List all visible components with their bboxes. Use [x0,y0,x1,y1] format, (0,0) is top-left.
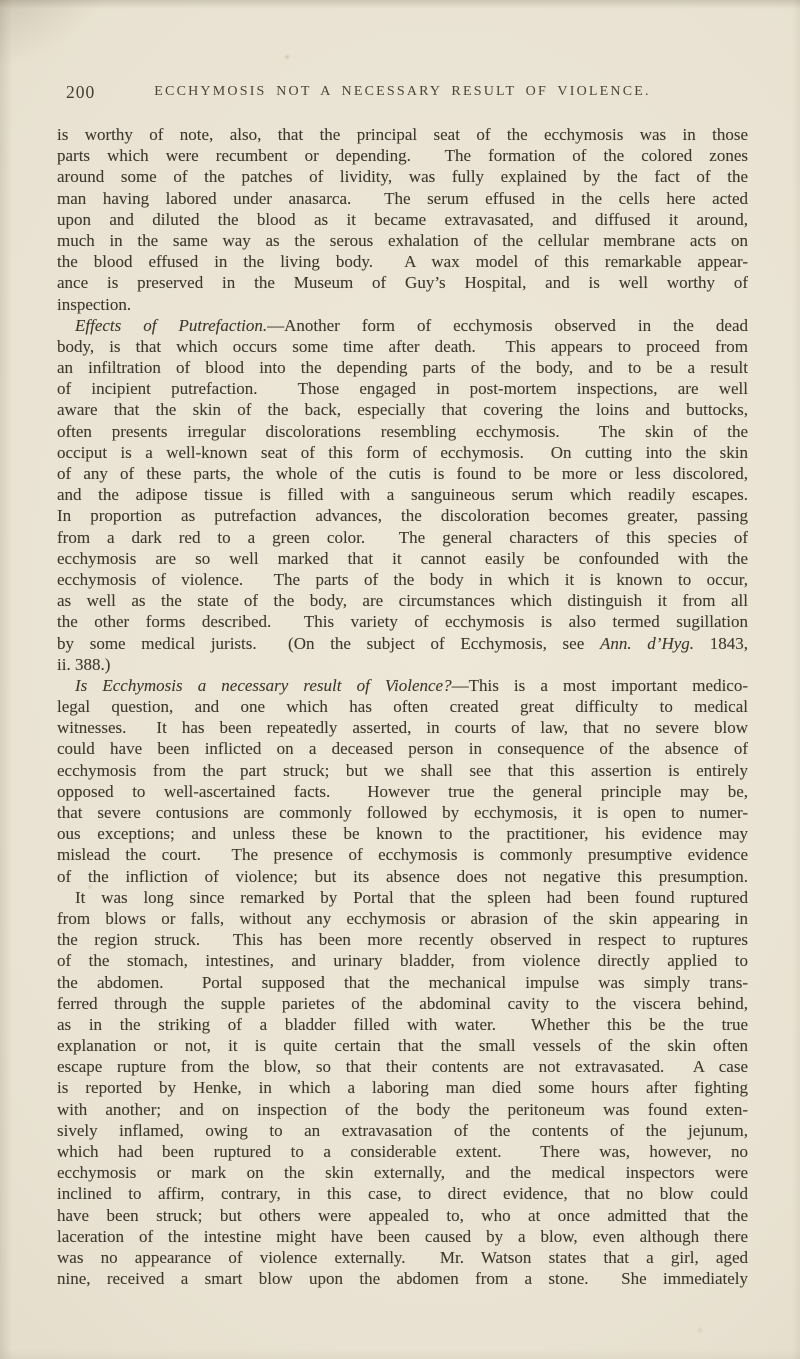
text-line: It was long since remarked by Portal tha… [57,887,748,908]
paragraph: It was long since remarked by Portal tha… [57,887,748,1290]
text-line: ferred through the supple parietes of th… [57,993,748,1014]
text-line: the abdomen. Portal supposed that the me… [57,972,748,993]
text-line: ecchymosis are so well marked that it ca… [57,548,748,569]
text-line: Is Ecchymosis a necessary result of Viol… [57,675,748,696]
text-line: is worthy of note, also, that the princi… [57,124,748,145]
text-line: of the infliction of violence; but its a… [57,866,748,887]
text-line: much in the same way as the serous exhal… [57,230,748,251]
text-line: as well as the state of the body, are ci… [57,590,748,611]
text-line: aware that the skin of the back, especia… [57,399,748,420]
text-block: is worthy of note, also, that the princi… [57,124,748,1289]
text-line: around some of the patches of lividity, … [57,166,748,187]
text-line: nine, received a smart blow upon the abd… [57,1268,748,1289]
text-line: In proportion as putrefaction advances, … [57,505,748,526]
text-line: Effects of Putrefaction.—Another form of… [57,315,748,336]
page-number: 200 [66,82,95,103]
text-line: the blood effused in the living body. A … [57,251,748,272]
italic-text: Is Ecchymosis a necessary result of Viol… [75,676,452,695]
paragraph: Effects of Putrefaction.—Another form of… [57,315,748,675]
text-line: could have been inflicted on a deceased … [57,738,748,759]
paragraph: is worthy of note, also, that the princi… [57,124,748,315]
text-line: upon and diluted the blood as it became … [57,209,748,230]
text-line: witnesses. It has been repeatedly assert… [57,717,748,738]
text-line: ecchymosis or mark on the skin externall… [57,1162,748,1183]
text-line: by some medical jurists. (On the subject… [57,633,748,654]
text-line: inspection. [57,294,748,315]
text-line: ance is preserved in the Museum of Guy’s… [57,272,748,293]
running-head: ECCHYMOSIS NOT A NECESSARY RESULT OF VIO… [57,82,748,100]
text-line: with another; and on inspection of the b… [57,1099,748,1120]
text-line: of the stomach, intestines, and urinary … [57,950,748,971]
text-line: is reported by Henke, in which a laborin… [57,1077,748,1098]
italic-text: Effects of Putrefaction. [75,316,267,335]
text-line: body, is that which occurs some time aft… [57,336,748,357]
text-line: ecchymosis from the part struck; but we … [57,760,748,781]
text-line: occiput is a well-known seat of this for… [57,442,748,463]
text-line: an infiltration of blood into the depend… [57,357,748,378]
text-line: of any of these parts, the whole of the … [57,463,748,484]
paragraph: Is Ecchymosis a necessary result of Viol… [57,675,748,887]
text-line: laceration of the intestine might have b… [57,1226,748,1247]
text-line: legal question, and one which has often … [57,696,748,717]
text-line: often presents irregular discolorations … [57,421,748,442]
text-line: explanation or not, it is quite certain … [57,1035,748,1056]
text-line: have been struck; but others were appeal… [57,1205,748,1226]
italic-text: Ann. d’Hyg. [600,634,694,653]
text-line: from blows or falls, without any ecchymo… [57,908,748,929]
book-page: 200 ECCHYMOSIS NOT A NECESSARY RESULT OF… [0,0,800,1359]
text-line: which had been ruptured to a considerabl… [57,1141,748,1162]
text-line: ii. 388.) [57,654,748,675]
text-line: mislead the court. The presence of ecchy… [57,844,748,865]
text-line: and the adipose tissue is filled with a … [57,484,748,505]
text-line: of incipient putrefaction. Those engaged… [57,378,748,399]
text-line: man having labored under anasarca. The s… [57,188,748,209]
text-line: opposed to well-ascertained facts. Howev… [57,781,748,802]
text-line: the region struck. This has been more re… [57,929,748,950]
text-line: as in the striking of a bladder filled w… [57,1014,748,1035]
text-line: parts which were recumbent or depending.… [57,145,748,166]
text-line: sively inflamed, owing to an extravasati… [57,1120,748,1141]
text-line: ecchymosis of violence. The parts of the… [57,569,748,590]
text-line: ous exceptions; and unless these be know… [57,823,748,844]
text-line: the other forms described. This variety … [57,611,748,632]
text-line: escape rupture from the blow, so that th… [57,1056,748,1077]
text-line: was no appearance of violence externally… [57,1247,748,1268]
text-line: inclined to affirm, contrary, in this ca… [57,1183,748,1204]
text-line: that severe contusions are commonly foll… [57,802,748,823]
text-line: from a dark red to a green color. The ge… [57,527,748,548]
page-header: 200 ECCHYMOSIS NOT A NECESSARY RESULT OF… [57,82,748,104]
